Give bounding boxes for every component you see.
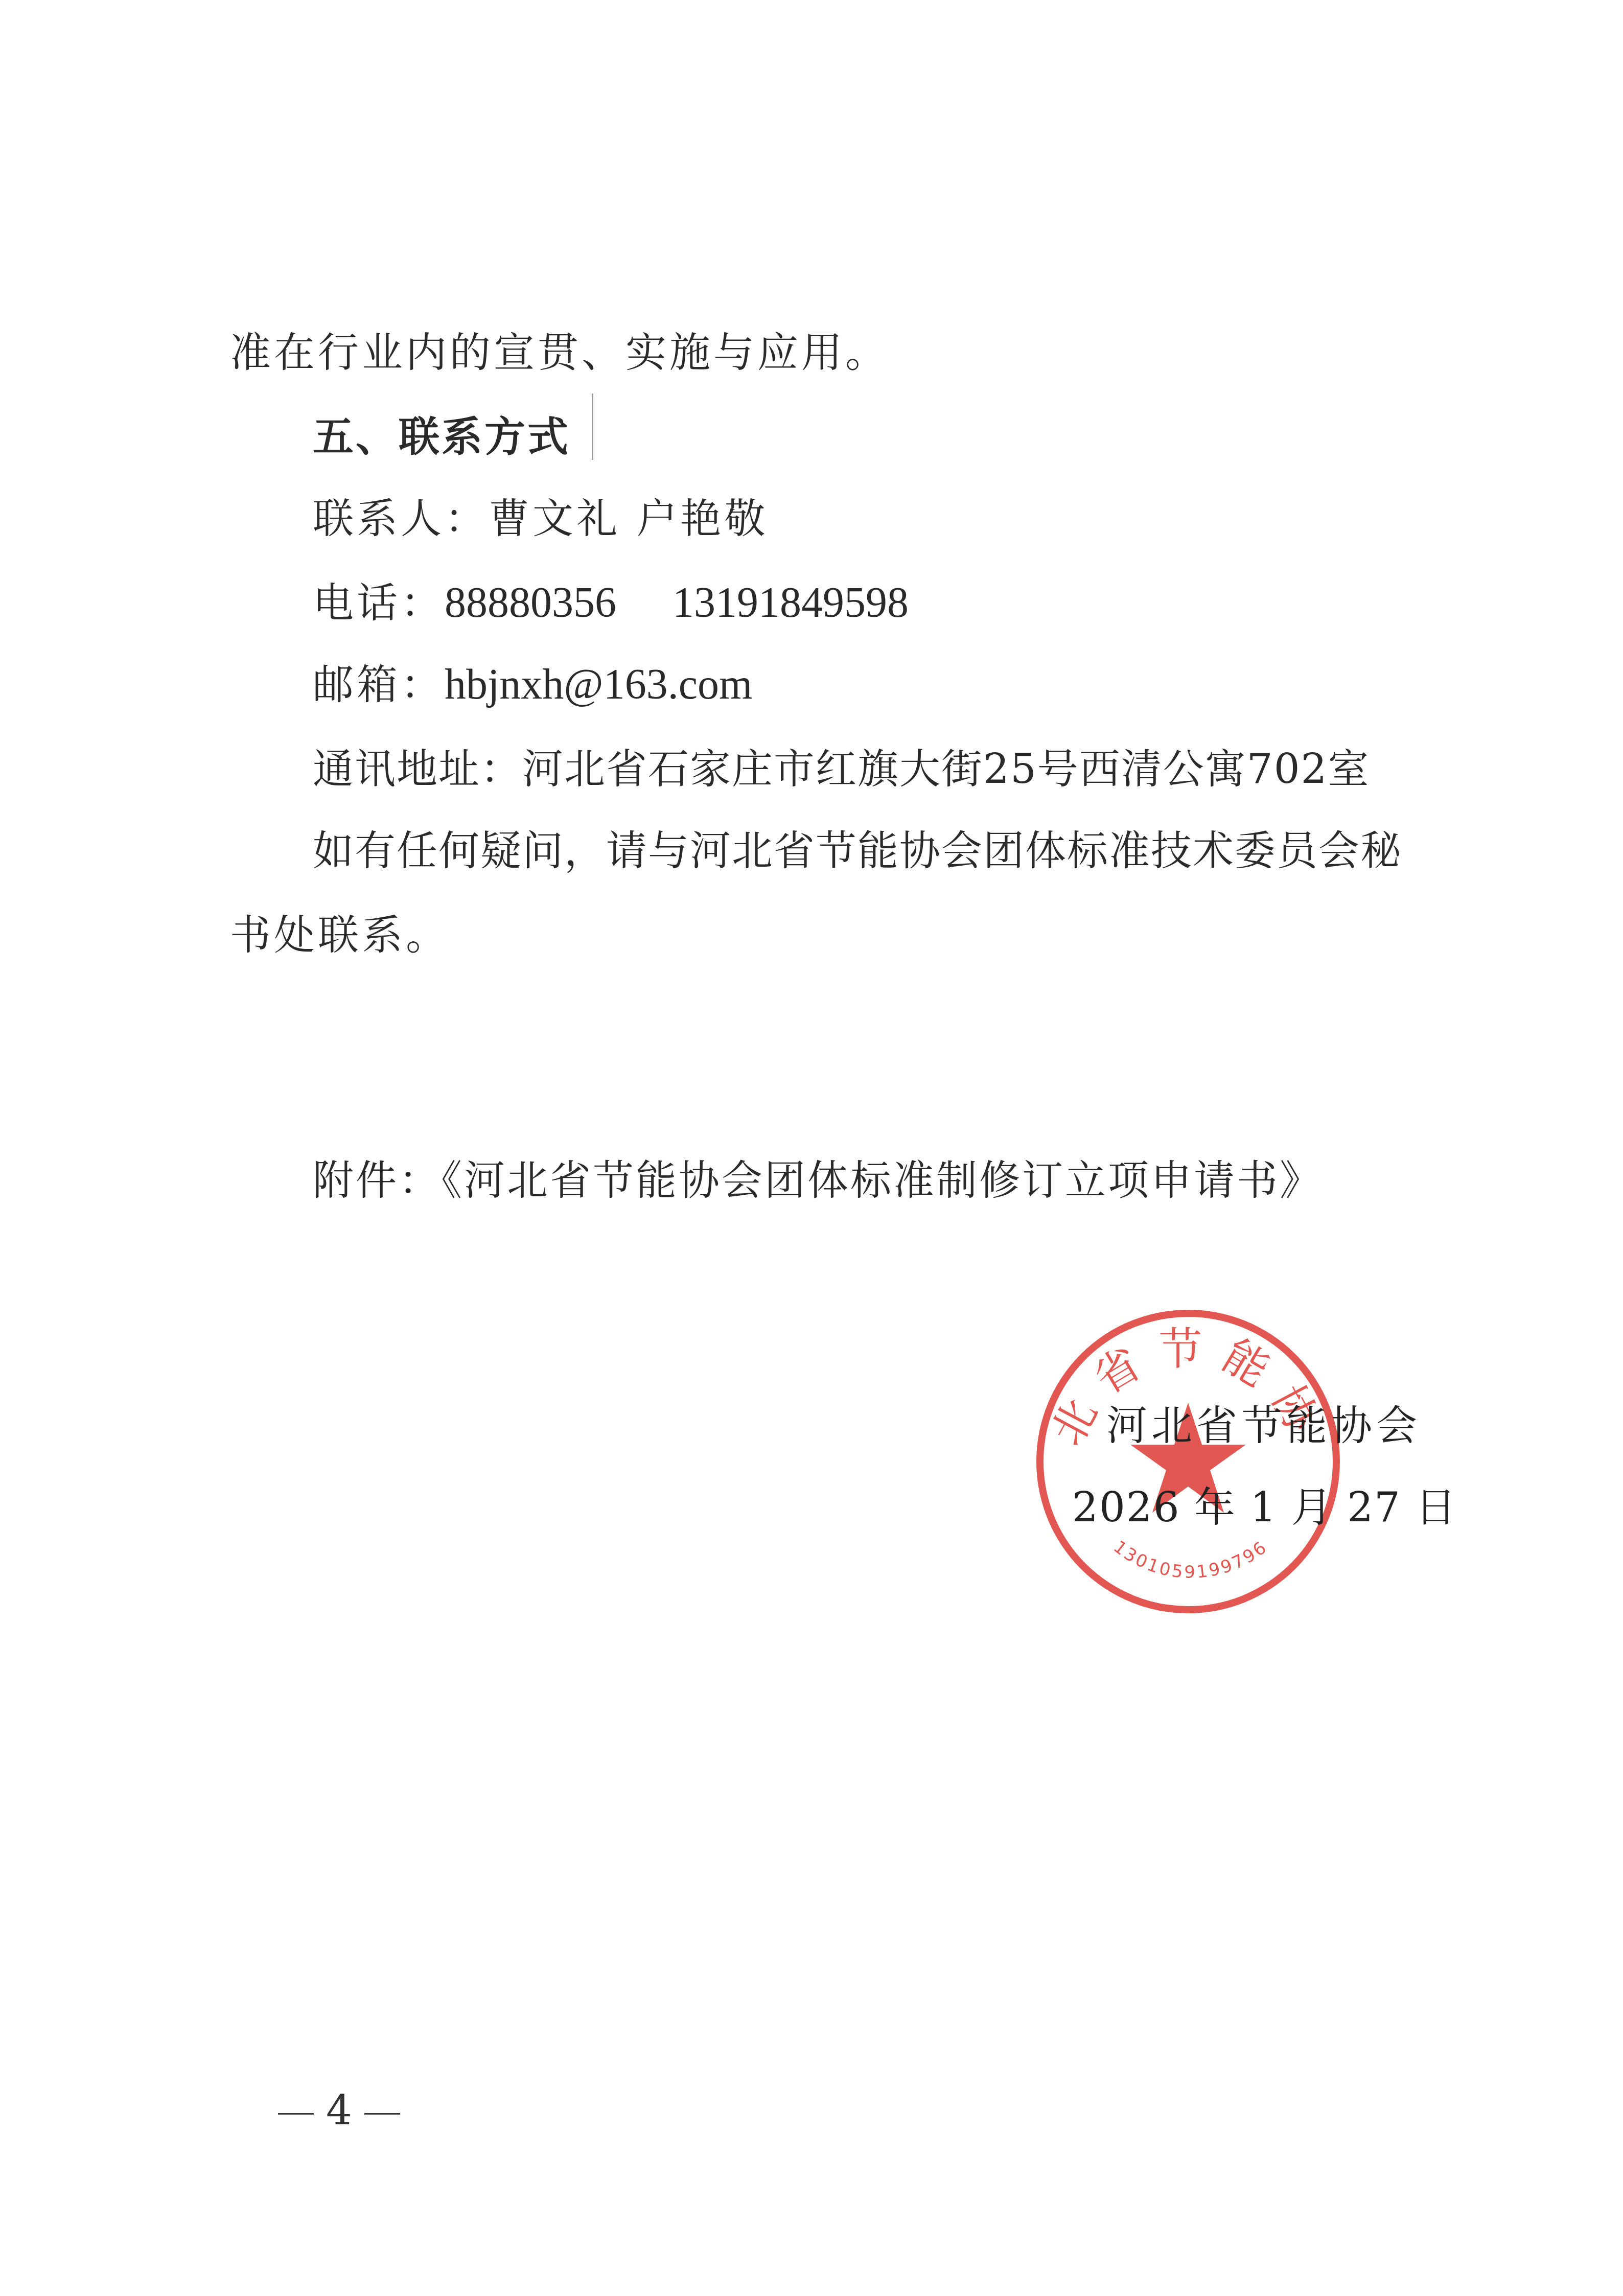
address-value: 河北省石家庄市红旗大街25号西清公寓702室	[522, 745, 1370, 793]
page-number-right-dash	[364, 2113, 400, 2115]
continuation-line: 准在行业内的宣贯、实施与应用。	[230, 327, 889, 378]
signature-date: 2026 年 1 月 27 日	[1072, 1482, 1457, 1533]
phone-number-1: 88880356	[445, 579, 616, 627]
email-line: 邮箱：hbjnxh@163.com	[313, 659, 752, 710]
attachment-line: 附件：《河北省节能协会团体标准制修订立项申请书》	[313, 1155, 1323, 1206]
inquiry-line-1: 如有任何疑问，请与河北省节能协会团体标准技术委员会秘	[313, 825, 1402, 876]
contact-persons-value: 曹文礼 户艳敬	[489, 495, 768, 542]
contact-persons-label: 联系人：	[313, 495, 489, 542]
inquiry-line-2: 书处联系。	[230, 910, 450, 961]
email-address: hbjnxh@163.com	[445, 661, 752, 708]
svg-text:1301059199796: 1301059199796	[1109, 1537, 1272, 1583]
email-label: 邮箱：	[313, 661, 445, 708]
section-heading: 五、联系方式	[313, 411, 570, 462]
contact-persons-line: 联系人：曹文礼 户艳敬	[313, 493, 768, 544]
seal-serial-number: 1301059199796	[1109, 1537, 1272, 1583]
address-label: 通讯地址：	[313, 745, 522, 793]
address-line: 通讯地址：河北省石家庄市红旗大街25号西清公寓702室	[313, 744, 1370, 795]
attachment-label: 附件：	[313, 1156, 442, 1204]
page-number-value: 4	[326, 2086, 352, 2134]
scan-artifact-mark	[592, 393, 593, 460]
phone-number-2: 13191849598	[673, 579, 909, 627]
official-seal-stamp: 河北省节能协会 1301059199796	[1032, 1306, 1344, 1617]
signature-organization: 河北省节能协会	[1106, 1400, 1421, 1451]
phone-label: 电话：	[313, 579, 445, 627]
phone-line: 电话：8888035613191849598	[313, 577, 909, 629]
page-number-left-dash	[278, 2113, 314, 2115]
attachment-title: 《河北省节能协会团体标准制修订立项申请书》	[442, 1156, 1323, 1204]
page-number: 4	[266, 2085, 412, 2136]
